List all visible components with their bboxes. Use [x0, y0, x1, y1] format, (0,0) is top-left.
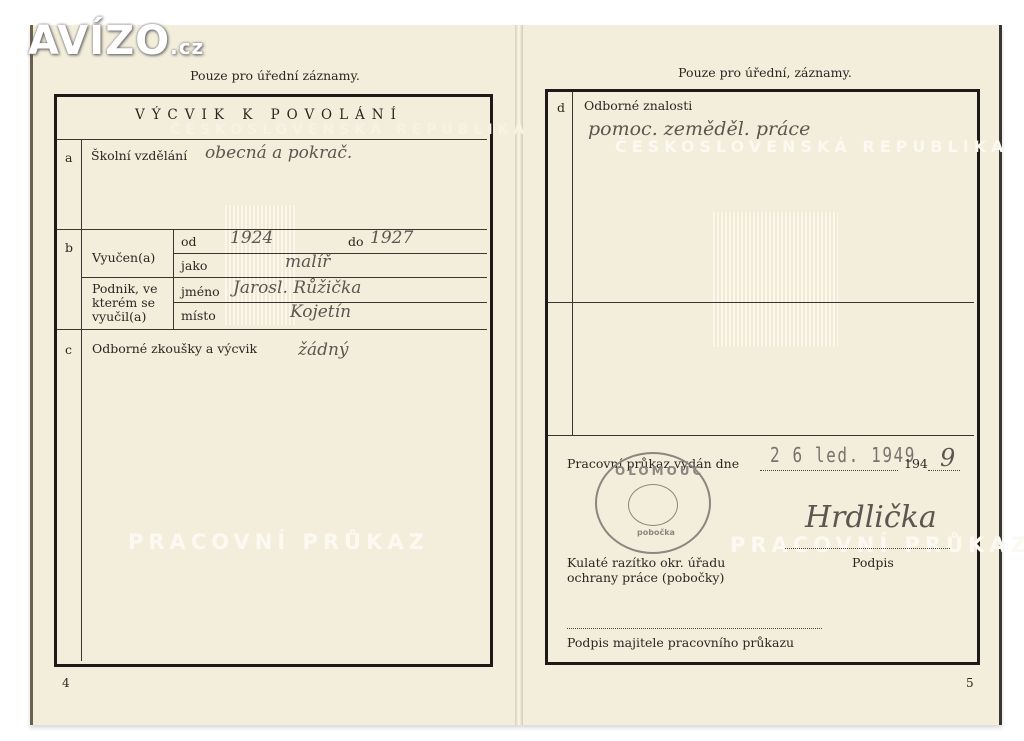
logo-suffix: .cz [170, 35, 204, 59]
profession-value: malíř [285, 252, 330, 272]
divider [57, 329, 487, 330]
avizo-watermark-logo: AVÍZO.cz [28, 18, 204, 64]
stamp-bottom-text: pobočka [637, 528, 675, 537]
trained-label: Vyučen(a) [92, 250, 155, 265]
stamp-label: Kulaté razítko okr. úřadu ochrany práce … [567, 555, 725, 585]
official-signature: Hrdlička [805, 500, 937, 535]
company-label-line: kterém se [92, 296, 157, 310]
row-letter-a: a [65, 150, 72, 165]
expertise-value: pomoc. zeměděl. práce [588, 118, 810, 140]
company-label-line: vyučil(a) [92, 310, 157, 324]
stamp-label-line: Kulaté razítko okr. úřadu [567, 555, 725, 570]
divider [548, 302, 974, 303]
row-letter-c: c [65, 342, 72, 357]
exams-training-value: žádný [298, 340, 349, 360]
company-name-label: jméno [181, 284, 220, 299]
exams-training-label: Odborné zkoušky a výcvik [92, 341, 257, 356]
date-dotted-line [760, 470, 898, 471]
right-page-header: Pouze pro úřední, záznamy. [550, 65, 980, 80]
year-suffix-handwritten: 9 [940, 444, 955, 472]
row-letter-b: b [65, 240, 73, 255]
company-name-value: Jarosl. Růžička [233, 278, 361, 298]
to-year-value: 1927 [370, 228, 413, 248]
from-label: od [181, 234, 197, 249]
divider [548, 435, 974, 436]
company-label-line: Podnik, ve [92, 282, 157, 296]
column-divider [173, 229, 174, 329]
stamp-city: OLOMOUC [615, 464, 704, 478]
company-label: Podnik, ve kterém se vyučil(a) [92, 282, 157, 324]
as-label: jako [181, 258, 207, 273]
letter-column-divider [572, 92, 573, 436]
signature-label: Podpis [852, 555, 894, 570]
expertise-label: Odborné znalosti [584, 98, 692, 113]
divider [57, 139, 487, 140]
pracovni-prukaz-watermark: PRACOVNÍ PRŮKAZ [128, 530, 429, 554]
section-title: VÝCVIK K POVOLÁNÍ [135, 107, 403, 123]
year-prefix: 194 [904, 456, 928, 471]
letter-column-divider [81, 139, 82, 661]
stamp-emblem [628, 484, 678, 526]
page-number-left: 4 [62, 676, 70, 690]
logo-main: AVÍZO [28, 18, 170, 64]
school-education-value: obecná a pokrač. [205, 143, 352, 163]
page-number-right: 5 [966, 676, 974, 690]
place-value: Kojetín [290, 302, 351, 322]
coat-of-arms-watermark [713, 212, 838, 347]
school-education-label: Školní vzdělání [91, 148, 187, 163]
owner-signature-label: Podpis majitele pracovního průkazu [567, 635, 794, 650]
owner-signature-dotted-line [567, 628, 822, 629]
issued-date-stamp: 2 6 led. 1949 [770, 443, 916, 467]
pracovni-prukaz-watermark: PRACOVNÍ PRŮKAZ [730, 533, 1024, 557]
to-label: do [348, 234, 364, 249]
row-letter-d: d [557, 100, 565, 115]
stamp-label-line: ochrany práce (pobočky) [567, 570, 725, 585]
left-page-header: Pouze pro úřední záznamy. [60, 68, 490, 83]
signature-dotted-line [785, 548, 950, 549]
place-label: místo [181, 308, 216, 323]
from-year-value: 1924 [230, 228, 273, 248]
background-republic-text: ČESKOSLOVENSKÁ REPUBLIKA [170, 122, 529, 138]
left-form-frame [54, 94, 493, 667]
